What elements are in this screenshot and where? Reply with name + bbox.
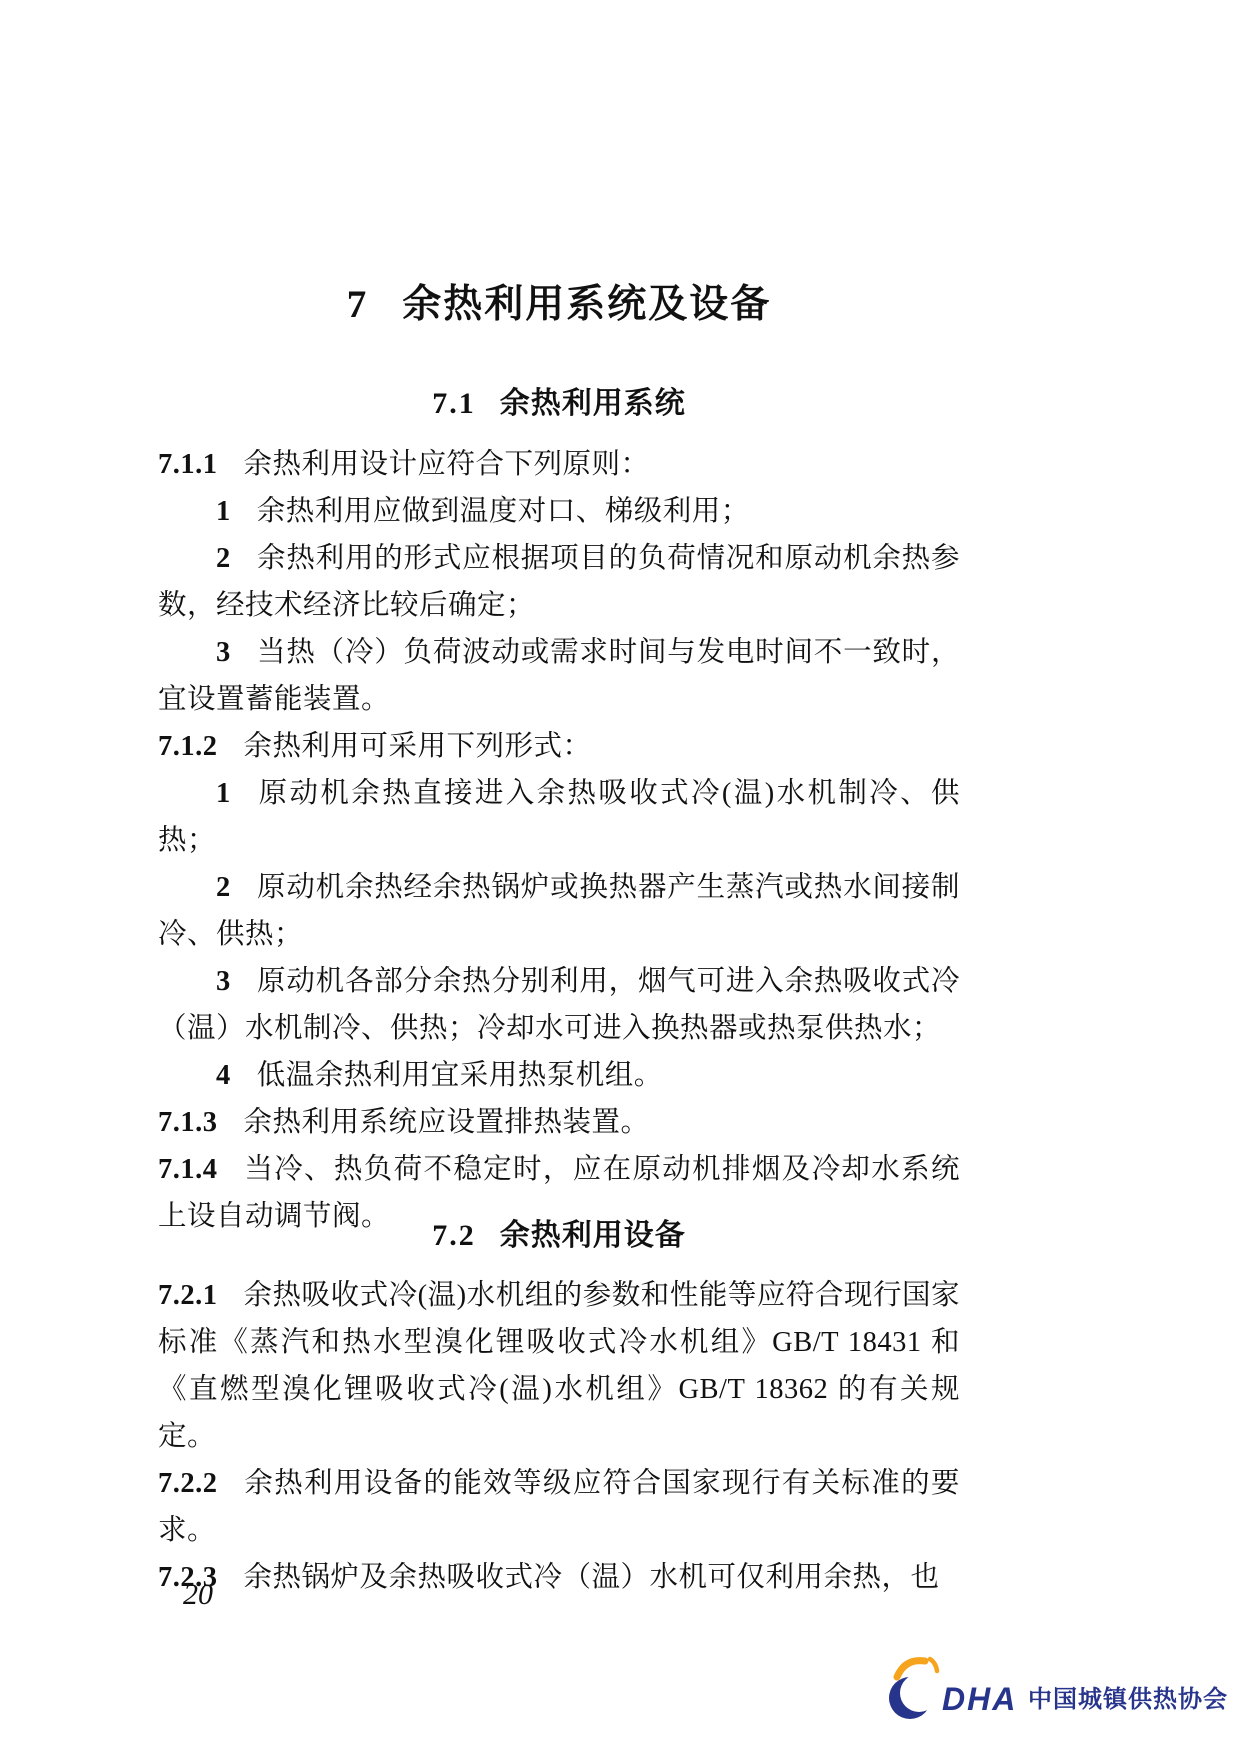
item-text: 余热利用的形式应根据项目的负荷情况和原动机余热参数，经技术经济比较后确定； xyxy=(158,543,960,621)
clause-7.2.2: 7.2.2余热利用设备的能效等级应符合国家现行有关标准的要求。 xyxy=(158,1460,960,1554)
section-7-1-heading: 7.1余热利用系统 xyxy=(158,386,960,422)
chapter-title: 余热利用系统及设备 xyxy=(402,283,771,326)
item-text: 当热（冷）负荷波动或需求时间与发电时间不一致时，宜设置蓄能装置。 xyxy=(158,637,960,715)
item-number: 2 xyxy=(216,872,231,903)
section-title: 余热利用设备 xyxy=(500,1219,686,1252)
section-7-1-body: 7.1.1余热利用设计应符合下列原则： 1余热利用应做到温度对口、梯级利用； 2… xyxy=(158,441,960,1240)
item-3: 3当热（冷）负荷波动或需求时间与发电时间不一致时，宜设置蓄能装置。 xyxy=(158,629,960,723)
clause-text: 余热利用设计应符合下列原则： xyxy=(244,449,650,480)
clause-7.1.1: 7.1.1余热利用设计应符合下列原则： xyxy=(158,441,960,488)
clause-text: 余热利用系统应设置排热装置。 xyxy=(244,1107,650,1138)
item-text: 低温余热利用宜采用热泵机组。 xyxy=(257,1060,663,1091)
section-number: 7.1 xyxy=(432,387,476,420)
clause-text: 余热锅炉及余热吸收式冷（温）水机可仅利用余热，也 xyxy=(244,1562,940,1593)
item-2: 2余热利用的形式应根据项目的负荷情况和原动机余热参数，经技术经济比较后确定； xyxy=(158,535,960,629)
section-number: 7.2 xyxy=(432,1219,476,1252)
clause-number: 7.1.2 xyxy=(158,731,218,762)
clause-text: 余热利用设备的能效等级应符合国家现行有关标准的要求。 xyxy=(158,1468,960,1546)
logo-flame-small-arc-icon xyxy=(930,1659,937,1671)
section-7-2-body: 7.2.1余热吸收式冷(温)水机组的参数和性能等应符合现行国家标准《蒸汽和热水型… xyxy=(158,1272,960,1601)
item-text: 原动机余热经余热锅炉或换热器产生蒸汽或热水间接制冷、供热； xyxy=(158,872,960,950)
clause-7.1.3: 7.1.3余热利用系统应设置排热装置。 xyxy=(158,1099,960,1146)
item-text: 原动机各部分余热分别利用，烟气可进入余热吸收式冷（温）水机制冷、供热；冷却水可进… xyxy=(158,966,960,1044)
clause-7.2.1: 7.2.1余热吸收式冷(温)水机组的参数和性能等应符合现行国家标准《蒸汽和热水型… xyxy=(158,1272,960,1460)
logo-acronym-text: DHA xyxy=(942,1681,1017,1717)
item-number: 3 xyxy=(216,966,231,997)
item-number: 2 xyxy=(216,543,231,574)
section-title: 余热利用系统 xyxy=(500,387,686,420)
item-number: 4 xyxy=(216,1060,231,1091)
clause-text: 余热利用可采用下列形式： xyxy=(244,731,592,762)
item-2: 2原动机余热经余热锅炉或换热器产生蒸汽或热水间接制冷、供热； xyxy=(158,864,960,958)
clause-7.2.3: 7.2.3余热锅炉及余热吸收式冷（温）水机可仅利用余热，也 xyxy=(158,1554,960,1601)
chapter-number: 7 xyxy=(347,283,369,326)
clause-text: 余热吸收式冷(温)水机组的参数和性能等应符合现行国家标准《蒸汽和热水型溴化锂吸收… xyxy=(158,1280,960,1452)
item-number: 1 xyxy=(216,778,231,809)
item-1: 1原动机余热直接进入余热吸收式冷(温)水机制冷、供热； xyxy=(158,770,960,864)
chapter-heading: 7余热利用系统及设备 xyxy=(0,283,1118,327)
clause-number: 7.1.4 xyxy=(158,1154,218,1185)
item-1: 1余热利用应做到温度对口、梯级利用； xyxy=(158,488,960,535)
item-text: 原动机余热直接进入余热吸收式冷(温)水机制冷、供热； xyxy=(158,778,960,856)
cdha-association-logo: DHA 中国城镇供热协会 xyxy=(888,1656,1228,1722)
item-text: 余热利用应做到温度对口、梯级利用； xyxy=(257,496,750,527)
clause-number: 7.1.1 xyxy=(158,449,218,480)
clause-number: 7.2.2 xyxy=(158,1468,218,1499)
clause-number: 7.2.1 xyxy=(158,1280,218,1311)
page-number: 20 xyxy=(183,1578,213,1612)
cdha-logo-c-mark xyxy=(889,1659,938,1719)
clause-7.1.2: 7.1.2余热利用可采用下列形式： xyxy=(158,723,960,770)
section-7-2-heading: 7.2余热利用设备 xyxy=(158,1218,960,1254)
document-page: 7余热利用系统及设备 7.1余热利用系统 7.1.1余热利用设计应符合下列原则：… xyxy=(0,0,1240,1754)
item-3: 3原动机各部分余热分别利用，烟气可进入余热吸收式冷（温）水机制冷、供热；冷却水可… xyxy=(158,958,960,1052)
clause-number: 7.1.3 xyxy=(158,1107,218,1138)
logo-org-name: 中国城镇供热协会 xyxy=(1028,1685,1228,1713)
logo-crescent-cut xyxy=(900,1674,938,1712)
item-number: 3 xyxy=(216,637,231,668)
item-4: 4低温余热利用宜采用热泵机组。 xyxy=(158,1052,960,1099)
item-number: 1 xyxy=(216,496,231,527)
